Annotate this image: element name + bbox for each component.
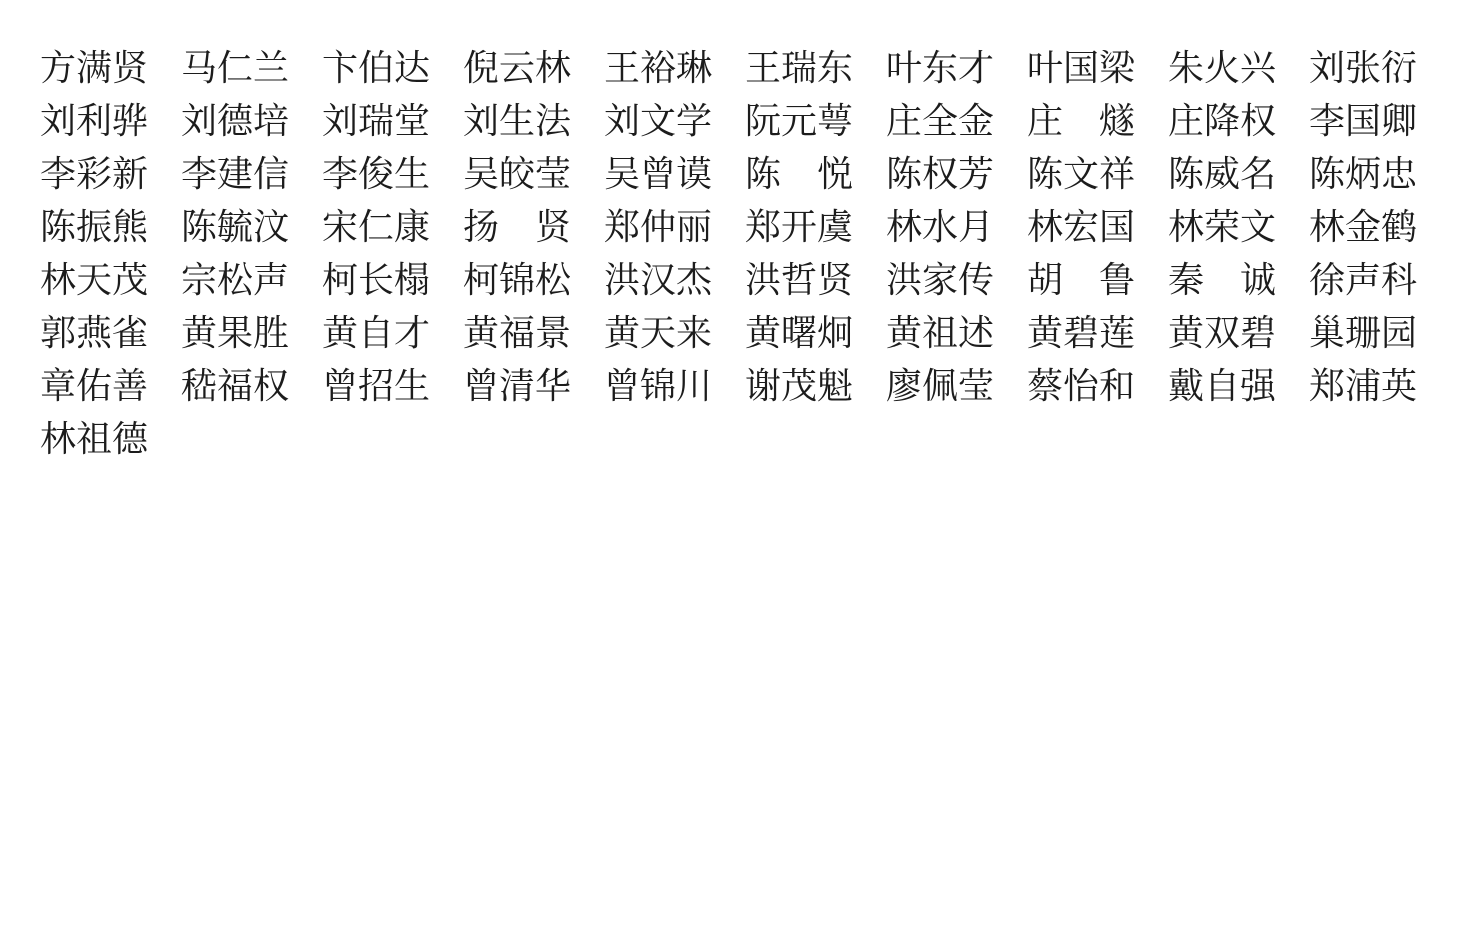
name-item: 郭燕雀 <box>40 307 181 360</box>
name-item: 倪云林 <box>463 42 604 95</box>
name-item: 李国卿 <box>1309 95 1450 148</box>
name-item: 王裕琳 <box>604 42 745 95</box>
name-item: 陈炳忠 <box>1309 148 1450 201</box>
name-item: 林天茂 <box>40 254 181 307</box>
name-item: 黄祖述 <box>886 307 1027 360</box>
name-item: 宋仁康 <box>322 201 463 254</box>
name-item: 王瑞东 <box>745 42 886 95</box>
name-item: 吴曾谟 <box>604 148 745 201</box>
name-item: 叶东才 <box>886 42 1027 95</box>
name-item: 林水月 <box>886 201 1027 254</box>
name-item: 曾招生 <box>322 360 463 413</box>
name-item: 曾清华 <box>463 360 604 413</box>
name-item: 马仁兰 <box>181 42 322 95</box>
name-item: 刘德培 <box>181 95 322 148</box>
document-page: 方满贤马仁兰卞伯达倪云林王裕琳王瑞东叶东才叶国梁朱火兴刘张衍刘利骅刘德培刘瑞堂刘… <box>0 0 1478 926</box>
name-item: 阮元萼 <box>745 95 886 148</box>
name-item: 徐声科 <box>1309 254 1450 307</box>
name-item: 郑浦英 <box>1309 360 1450 413</box>
name-list: 方满贤马仁兰卞伯达倪云林王裕琳王瑞东叶东才叶国梁朱火兴刘张衍刘利骅刘德培刘瑞堂刘… <box>40 42 1450 466</box>
name-item: 庄全金 <box>886 95 1027 148</box>
name-item: 刘文学 <box>604 95 745 148</box>
name-item: 刘利骅 <box>40 95 181 148</box>
name-item: 谢茂魁 <box>745 360 886 413</box>
name-item: 郑开虞 <box>745 201 886 254</box>
name-item: 曾锦川 <box>604 360 745 413</box>
name-item: 柯锦松 <box>463 254 604 307</box>
name-item: 陈毓汶 <box>181 201 322 254</box>
name-item: 黄碧莲 <box>1027 307 1168 360</box>
name-item: 胡 鲁 <box>1027 254 1168 307</box>
name-item: 陈威名 <box>1168 148 1309 201</box>
name-item: 郑仲丽 <box>604 201 745 254</box>
name-item: 巢珊园 <box>1309 307 1450 360</box>
name-item: 黄曙炯 <box>745 307 886 360</box>
name-item: 黄双碧 <box>1168 307 1309 360</box>
name-item: 方满贤 <box>40 42 181 95</box>
name-item: 宗松声 <box>181 254 322 307</box>
name-item: 刘张衍 <box>1309 42 1450 95</box>
name-item: 庄降权 <box>1168 95 1309 148</box>
name-item: 戴自强 <box>1168 360 1309 413</box>
name-item: 林金鹤 <box>1309 201 1450 254</box>
name-item: 黄福景 <box>463 307 604 360</box>
name-item: 李彩新 <box>40 148 181 201</box>
name-item: 陈权芳 <box>886 148 1027 201</box>
name-item: 秦 诚 <box>1168 254 1309 307</box>
name-item: 刘瑞堂 <box>322 95 463 148</box>
name-item: 章佑善 <box>40 360 181 413</box>
name-item: 林荣文 <box>1168 201 1309 254</box>
name-item: 吴皎莹 <box>463 148 604 201</box>
name-item: 李俊生 <box>322 148 463 201</box>
name-item: 林祖德 <box>40 413 181 466</box>
name-item: 陈 悦 <box>745 148 886 201</box>
name-item: 黄天来 <box>604 307 745 360</box>
name-item: 柯长榻 <box>322 254 463 307</box>
name-item: 叶国梁 <box>1027 42 1168 95</box>
name-item: 陈文祥 <box>1027 148 1168 201</box>
name-item: 刘生法 <box>463 95 604 148</box>
name-item: 卞伯达 <box>322 42 463 95</box>
name-item: 廖佩莹 <box>886 360 1027 413</box>
name-item: 蔡怡和 <box>1027 360 1168 413</box>
name-item: 洪家传 <box>886 254 1027 307</box>
name-item: 嵇福权 <box>181 360 322 413</box>
name-item: 洪哲贤 <box>745 254 886 307</box>
name-item: 朱火兴 <box>1168 42 1309 95</box>
name-item: 黄自才 <box>322 307 463 360</box>
name-item: 扬 贤 <box>463 201 604 254</box>
name-item: 陈振熊 <box>40 201 181 254</box>
name-item: 黄果胜 <box>181 307 322 360</box>
name-item: 李建信 <box>181 148 322 201</box>
name-item: 洪汉杰 <box>604 254 745 307</box>
name-item: 林宏国 <box>1027 201 1168 254</box>
name-item: 庄 燧 <box>1027 95 1168 148</box>
